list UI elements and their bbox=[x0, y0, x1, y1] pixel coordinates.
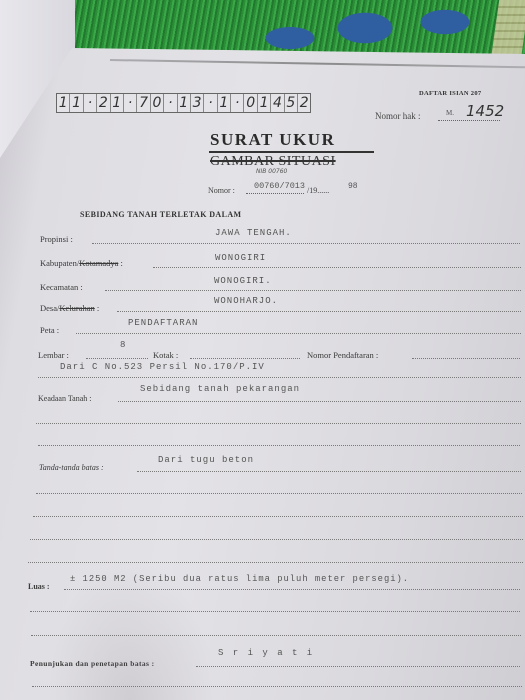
parcel-id-boxes: 11·21·70·13·1·01452 bbox=[56, 93, 311, 113]
tanda-batas-line-2 bbox=[36, 493, 522, 494]
lembar-value: 8 bbox=[120, 340, 126, 350]
kabupaten-dots bbox=[153, 267, 521, 268]
id-box: 0 bbox=[151, 94, 164, 112]
keadaan-tanah-label: Keadaan Tanah : bbox=[38, 394, 92, 403]
nomor-hak-prefix: M. bbox=[446, 109, 454, 117]
penunjukan-value: S r i y a t i bbox=[218, 648, 314, 658]
form-code: DAFTAR ISIAN 207 bbox=[419, 90, 481, 97]
tanda-batas-value: Dari tugu beton bbox=[158, 455, 254, 465]
id-box: · bbox=[124, 94, 137, 112]
nomor-value: 00760/7013 bbox=[254, 181, 305, 191]
nomor-hak-dots bbox=[438, 120, 500, 121]
peta-label: Peta : bbox=[40, 325, 59, 335]
kabupaten-value: WONOGIRI bbox=[215, 253, 266, 263]
id-box: 1 bbox=[218, 94, 231, 112]
id-box: 1 bbox=[178, 94, 191, 112]
peta-dots bbox=[76, 333, 521, 334]
tanda-batas-line-5 bbox=[28, 562, 523, 563]
tanda-batas-dots bbox=[137, 471, 521, 472]
nomor-year: 98 bbox=[348, 182, 358, 191]
propinsi-dots bbox=[92, 243, 520, 244]
document-title: SURAT UKUR bbox=[210, 130, 335, 150]
id-box: 1 bbox=[111, 94, 124, 112]
kecamatan-label: Kecamatan : bbox=[40, 282, 83, 292]
kecamatan-value: WONOGIRI. bbox=[214, 276, 272, 286]
nomor-hak-value: 1452 bbox=[466, 102, 504, 120]
nomor-pendaftaran-line bbox=[38, 377, 521, 378]
kotak-dots bbox=[190, 358, 300, 359]
nomor-dots bbox=[246, 193, 304, 194]
desa-dots bbox=[117, 311, 521, 312]
propinsi-value: JAWA TENGAH. bbox=[215, 228, 292, 238]
peta-value: PENDAFTARAN bbox=[128, 318, 198, 328]
id-box: · bbox=[204, 94, 217, 112]
luas-value: ± 1250 M2 (Seribu dua ratus lima puluh m… bbox=[70, 574, 409, 584]
id-box: 1 bbox=[70, 94, 83, 112]
penunjukan-line-2 bbox=[32, 686, 522, 687]
id-box: · bbox=[164, 94, 177, 112]
propinsi-label: Propinsi : bbox=[40, 234, 73, 244]
title-underline bbox=[209, 151, 374, 153]
desa-value: WONOHARJO. bbox=[214, 296, 278, 306]
luas-label: Luas : bbox=[28, 582, 50, 591]
id-box: 3 bbox=[191, 94, 204, 112]
kabupaten-label: Kabupaten/Kotamadya : bbox=[40, 258, 123, 268]
desa-label: Desa/Kelurahan : bbox=[40, 303, 99, 313]
section-heading: SEBIDANG TANAH TERLETAK DALAM bbox=[80, 210, 241, 219]
tanda-batas-line-3 bbox=[33, 516, 523, 517]
handwritten-note: NIB 00760 bbox=[256, 168, 287, 175]
luas-line-3 bbox=[31, 635, 521, 636]
id-box: 5 bbox=[285, 94, 298, 112]
nomor-label: Nomor : bbox=[208, 186, 235, 195]
id-box: 1 bbox=[258, 94, 271, 112]
nomor-pendaftaran-dots bbox=[412, 358, 520, 359]
penunjukan-label: Penunjukan dan penetapan batas : bbox=[30, 659, 155, 668]
nomor-pendaftaran-label: Nomor Pendaftaran : bbox=[307, 350, 378, 360]
nomor-year-prefix: /19...... bbox=[307, 186, 329, 195]
tanda-batas-label: Tanda-tanda batas : bbox=[39, 463, 104, 472]
id-box: 2 bbox=[298, 94, 310, 112]
id-box: · bbox=[84, 94, 97, 112]
kotak-label: Kotak : bbox=[153, 350, 178, 360]
id-box: 0 bbox=[244, 94, 257, 112]
nomor-hak-label: Nomor hak : bbox=[375, 111, 421, 121]
keadaan-tanah-line-3 bbox=[38, 445, 520, 446]
keadaan-tanah-line-2 bbox=[36, 423, 521, 424]
id-box: 1 bbox=[57, 94, 70, 112]
lembar-dots bbox=[86, 358, 148, 359]
luas-dots bbox=[64, 589, 520, 590]
id-box: 4 bbox=[271, 94, 284, 112]
lembar-label: Lembar : bbox=[38, 350, 69, 360]
kecamatan-dots bbox=[105, 290, 521, 291]
keadaan-tanah-dots bbox=[118, 401, 521, 402]
id-box: 2 bbox=[97, 94, 110, 112]
id-box: · bbox=[231, 94, 244, 112]
luas-line-2 bbox=[30, 611, 520, 612]
penunjukan-dots bbox=[196, 666, 520, 667]
keadaan-tanah-value: Sebidang tanah pekarangan bbox=[140, 384, 300, 394]
nomor-pendaftaran-detail: Dari C No.523 Persil No.170/P.IV bbox=[60, 362, 265, 372]
id-box: 7 bbox=[137, 94, 150, 112]
tanda-batas-line-4 bbox=[30, 539, 523, 540]
